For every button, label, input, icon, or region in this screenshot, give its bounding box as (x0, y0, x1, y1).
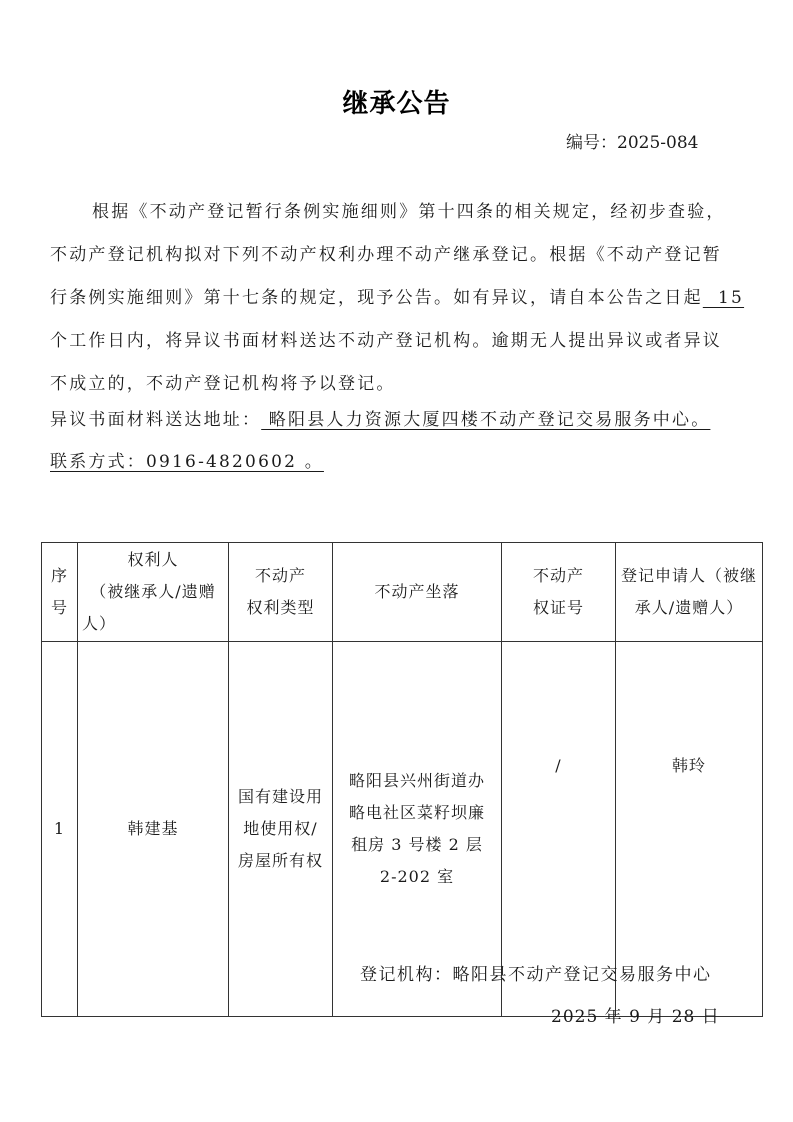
body-line-5: 不成立的，不动产登记机构将予以登记。 (50, 369, 396, 394)
body-line-2: 不动产登记机构拟对下列不动产权利办理不动产继承登记。根据《不动产登记暂 (50, 240, 722, 265)
body-line-4: 个工作日内，将异议书面材料送达不动产登记机构。逾期无人提出异议或者异议 (50, 326, 722, 351)
body-line-3: 行条例实施细则》第十七条的规定，现予公告。如有异议，请自本公告之日起 15 (50, 283, 744, 308)
header-location: 不动产坐落 (333, 543, 502, 642)
header-right-type: 不动产权利类型 (229, 543, 333, 642)
header-index: 序号 (42, 543, 78, 642)
contact-line: 联系方式：0916-4820602 。 (50, 447, 324, 472)
cell-index: 1 (42, 642, 78, 1017)
cell-right-type: 国有建设用 地使用权/ 房屋所有权 (229, 642, 333, 1017)
document-number: 编号：2025-084 (566, 128, 698, 153)
objection-days: 15 (703, 288, 744, 308)
body-line-3-text: 行条例实施细则》第十七条的规定，现予公告。如有异议，请自本公告之日起 (50, 288, 703, 308)
address-label: 异议书面材料送达地址： (50, 410, 261, 430)
registration-table: 序号 权利人 （被继承人/遗赠 人） 不动产权利类型 不动产坐落 不动产权证号 … (41, 542, 763, 1017)
registration-organization: 登记机构：略阳县不动产登记交易服务中心 (360, 960, 712, 985)
announcement-date: 2025 年 9 月 28 日 (551, 1002, 720, 1027)
header-right-holder: 权利人 （被继承人/遗赠 人） (78, 543, 229, 642)
address-value: 略阳县人力资源大厦四楼不动产登记交易服务中心。 (261, 410, 710, 430)
table-header-row: 序号 权利人 （被继承人/遗赠 人） 不动产权利类型 不动产坐落 不动产权证号 … (42, 543, 763, 642)
cell-right-holder: 韩建基 (78, 642, 229, 1017)
header-applicant: 登记申请人（被继承人/遗赠人） (616, 543, 763, 642)
address-line: 异议书面材料送达地址： 略阳县人力资源大厦四楼不动产登记交易服务中心。 (50, 405, 710, 430)
page-title: 继承公告 (0, 83, 793, 120)
header-certificate-no: 不动产权证号 (502, 543, 616, 642)
body-line-1: 根据《不动产登记暂行条例实施细则》第十四条的相关规定，经初步查验， (92, 197, 726, 222)
